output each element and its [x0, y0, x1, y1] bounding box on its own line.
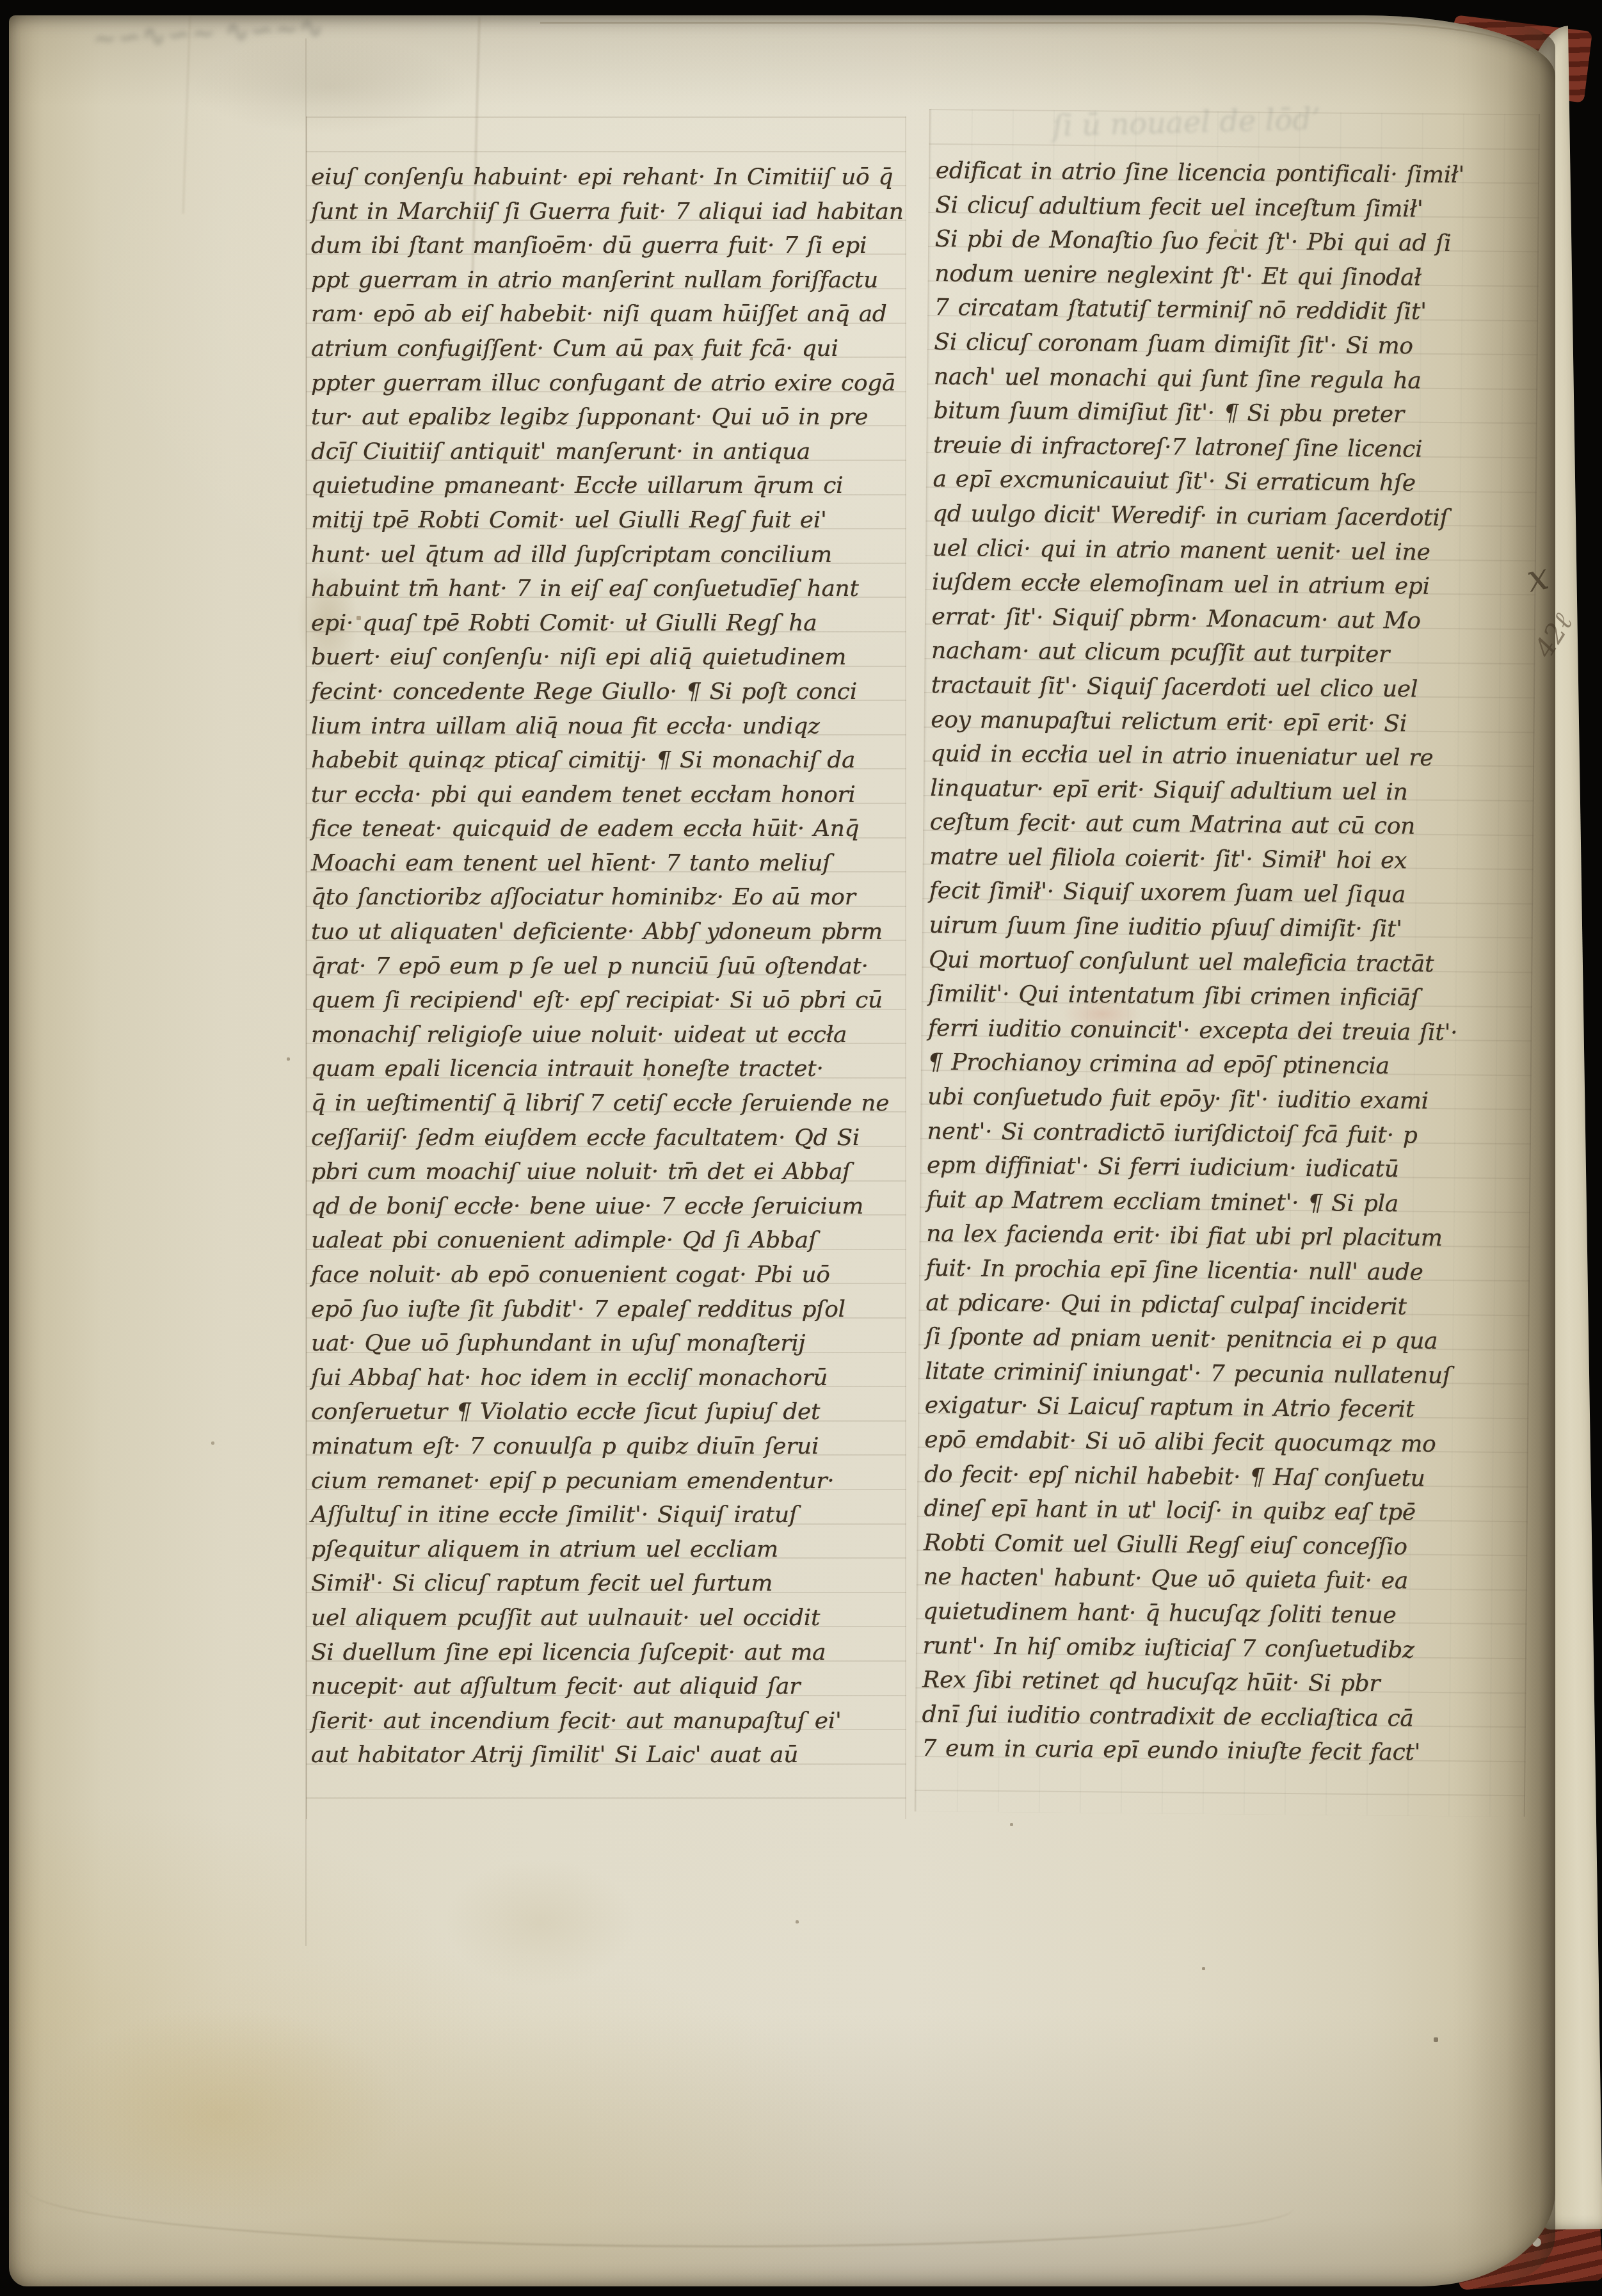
- manuscript-text-line: nach' uel monachi qui ſunt ſine regula h…: [934, 360, 1538, 399]
- manuscript-text-line: epm diffiniat'· Si ferri iudicium· iudic…: [927, 1148, 1531, 1188]
- manuscript-text-line: linquatur· epī erit· Siquiſ adultium uel…: [930, 771, 1534, 811]
- manuscript-text-line: quietudinem hant· q̄ hucuſqz ſoliti tenu…: [923, 1594, 1527, 1634]
- manuscript-text-line: litate criminiſ iniungat'· 7 pecunia nul…: [925, 1354, 1529, 1394]
- ink-speck-layer: [9, 15, 10, 16]
- manuscript-text-line: ualeat pbi conuenient adimple· Qd ſi Abb…: [311, 1223, 900, 1258]
- manuscript-text-line: runt'· In hiſ omibz iuſticiaſ 7 conſuetu…: [922, 1628, 1526, 1668]
- manuscript-text-line: ceſſariiſ· ſedm eiuſdem eccłe facultatem…: [311, 1121, 900, 1155]
- manuscript-page: ∼∽∿∽∼ ∿∽∼∿ ſi ū nouael de lōd’ eiuſ conſ…: [9, 15, 1555, 2286]
- manuscript-text-line: Aſſultuſ in itine eccłe ſimilit'· Siquiſ…: [311, 1498, 900, 1532]
- manuscript-text-line: Moachi eam tenent uel hīent· 7 tanto mel…: [311, 846, 900, 881]
- manuscript-text-line: habebit quinqz pticaſ cimitij· ¶ Si mona…: [311, 743, 900, 778]
- manuscript-text-line: quem ſi recipiend' eſt· epſ recipiat· Si…: [311, 983, 900, 1018]
- manuscript-text-line: pſequitur aliquem in atrium uel eccliam: [311, 1532, 900, 1567]
- manuscript-text-line: fuit· In prochia epī ſine licentia· null…: [926, 1251, 1530, 1291]
- manuscript-text-line: face noluit· ab epō conuenient cogat· Pb…: [311, 1258, 900, 1292]
- manuscript-text-line: eiuſ conſenſu habuint· epi rehant· In Ci…: [311, 160, 900, 195]
- manuscript-text-line: mitij tpē Robti Comit· uel Giulli Regſ f…: [311, 503, 900, 538]
- stain: [444, 1859, 636, 1987]
- manuscript-text-line: do fecit· epſ nichil habebit· ¶ Haſ conſ…: [924, 1457, 1528, 1497]
- manuscript-text-line: fecint· concedente Rege Giullo· ¶ Si poſ…: [311, 675, 900, 709]
- manuscript-text-line: exigatur· Si Laicuſ raptum in Atrio fece…: [925, 1388, 1529, 1428]
- manuscript-text-line: Simił'· Si clicuſ raptum fecit uel furtu…: [311, 1566, 900, 1601]
- manuscript-text-line: tur eccła· pbi qui eandem tenet eccłam h…: [311, 778, 900, 812]
- manuscript-text-line: uat· Que uō ſuphundant in uſuſ monaſteri…: [311, 1326, 900, 1361]
- manuscript-text-line: 7 eum in curia epī eundo iniuſte fecit f…: [922, 1731, 1526, 1771]
- manuscript-text-line: treuie di infractoreſ·7 latroneſ ſine li…: [933, 428, 1537, 468]
- manuscript-text-line: ppter guerram illuc confugant de atrio e…: [311, 366, 900, 401]
- stain: [38, 2007, 403, 2225]
- manuscript-text-line: fecit ſimił'· Siquiſ uxorem ſuam uel ſiq…: [929, 874, 1534, 913]
- manuscript-text-line: pbri cum moachiſ uiue noluit· tm̄ det ei…: [311, 1155, 900, 1189]
- manuscript-photo: { "manuscript": { "ink_color": "#3d3122"…: [0, 0, 1602, 2296]
- manuscript-text-line: ſimilit'· Qui intentatum ſibi crimen inf…: [928, 977, 1532, 1016]
- manuscript-text-line: edificat in atrio ſine licencia pontific…: [936, 154, 1540, 193]
- manuscript-text-line: monachiſ religioſe uiue noluit· uideat u…: [311, 1018, 900, 1052]
- manuscript-text-line: dcīſ Ciuitiiſ antiquit' manſerunt· in an…: [311, 435, 900, 469]
- manuscript-text-line: na lex facienda erit· ibi fiat ubi prl p…: [926, 1217, 1530, 1256]
- manuscript-text-line: iuſdem eccłe elemoſinam uel in atrium ep…: [932, 565, 1536, 605]
- manuscript-text-line: uirum ſuum ſine iuditio pſuuſ dimiſit· ſ…: [929, 908, 1533, 948]
- manuscript-text-line: nucepit· aut aſſultum fecit· aut aliquid…: [311, 1669, 900, 1704]
- manuscript-text-line: qd de boniſ eccłe· bene uiue· 7 eccłe ſe…: [311, 1189, 900, 1224]
- manuscript-text-line: ceſtum fecit· aut cum Matrina aut cū con: [930, 805, 1534, 845]
- manuscript-text-line: qd uulgo dicit' Weredif· in curiam ſacer…: [933, 497, 1537, 536]
- manuscript-text-line: q̄to ſanctioribz aſſociatur hominibz· Eo…: [311, 880, 900, 915]
- manuscript-text-line: eoy manupaſtui relictum erit· epī erit· …: [931, 702, 1535, 742]
- ruling-vertical-line: [305, 38, 307, 1946]
- manuscript-text-line: bitum ſuum dimiſiut ſit'· ¶ Si pbu prete…: [933, 394, 1537, 433]
- manuscript-text-line: ſunt in Marchiiſ ſi Guerra fuit· 7 aliqu…: [311, 195, 900, 229]
- manuscript-text-line: minatum eſt· 7 conuulſa p quibz diuīn ſe…: [311, 1429, 900, 1464]
- manuscript-text-line: atrium confugiſſent· Cum aū pax fuit fcā…: [311, 332, 900, 366]
- manuscript-text-line: buert· eiuſ conſenſu· niſi epi aliq̄ qui…: [311, 640, 900, 675]
- manuscript-text-line: Si clicuſ adultium fecit uel inceſtum ſi…: [935, 188, 1539, 228]
- manuscript-text-line: ¶ Prochianoy crimina ad epōſ ptinencia: [927, 1045, 1532, 1085]
- manuscript-text-line: ſierit· aut incendium fecit· aut manupaſ…: [311, 1704, 900, 1738]
- manuscript-text-line: nacham· aut clicum pcuſſit aut turpiter: [931, 634, 1535, 673]
- manuscript-text-line: Si duellum ſine epi licencia ſuſcepit· a…: [311, 1635, 900, 1670]
- manuscript-text-line: nent'· Si contradictō iuriſdictoiſ fcā f…: [927, 1114, 1531, 1154]
- manuscript-text-line: dnī ſui iuditio contradixit de eccliaſti…: [922, 1698, 1526, 1737]
- manuscript-text-line: uel clici· qui in atrio manent uenit· ue…: [932, 531, 1536, 571]
- manuscript-text-line: uel aliquem pcuſſit aut uulnauit· uel oc…: [311, 1601, 900, 1635]
- show-through-note: ſi ū nouael de lōd’: [1052, 102, 1321, 143]
- manuscript-text-line: q̄ in ueſtimentiſ q̄ libriſ 7 cetiſ eccł…: [311, 1086, 900, 1121]
- manuscript-text-line: quid in eccłia uel in atrio inueniatur u…: [931, 737, 1535, 776]
- manuscript-text-line: hunt· uel q̄tum ad illd ſupſcriptam conc…: [311, 538, 900, 572]
- manuscript-text-line: a epī excmunicauiut ſit'· Si erraticum h…: [933, 462, 1537, 502]
- manuscript-text-line: nodum uenire neglexint ſt'· Et qui ſinod…: [934, 257, 1539, 296]
- manuscript-text-line: Robti Comit uel Giulli Regſ eiuſ conceſſ…: [924, 1526, 1528, 1566]
- gutter-shadow: [1453, 15, 1555, 2286]
- manuscript-text-line: conſeruetur ¶ Violatio eccłe ſicut ſupiu…: [311, 1395, 900, 1429]
- manuscript-text-line: dum ibi ſtant manſioēm· dū guerra fuit· …: [311, 229, 900, 263]
- manuscript-text-line: Si pbi de Monaſtio ſuo fecit ſt'· Pbi qu…: [935, 222, 1539, 262]
- manuscript-text-line: tuo ut aliquaten' deficiente· Abbſ ydone…: [311, 915, 900, 949]
- manuscript-text-line: q̄rat· 7 epō eum p ſe uel p nunciū ſuū o…: [311, 949, 900, 984]
- manuscript-text-line: fuit ap Matrem eccliam tminet'· ¶ Si pla: [927, 1183, 1531, 1223]
- manuscript-text-line: quietudine pmaneant· Eccłe uillarum q̄ru…: [311, 469, 900, 503]
- manuscript-text-line: ne hacten' habunt· Que uō quieta fuit· e…: [923, 1560, 1527, 1600]
- manuscript-text-line: epi· quaſ tpē Robti Comit· uł Giulli Reg…: [311, 606, 900, 641]
- manuscript-text-line: aut habitator Atrij ſimilit' Si Laic' au…: [311, 1738, 900, 1772]
- manuscript-text-line: errat· ſit'· Siquiſ pbrm· Monacum· aut M…: [931, 600, 1535, 639]
- manuscript-text-line: Rex ſibi retinet qd hucuſqz hūit· Si pbr: [922, 1663, 1526, 1703]
- manuscript-text-line: quam epali licencia intrauit honeſte tra…: [311, 1052, 900, 1086]
- manuscript-text-line: ubi conſuetudo fuit epōy· ſit'· iuditio …: [927, 1080, 1532, 1120]
- manuscript-text-line: fice teneat· quicquid de eadem eccła hūi…: [311, 812, 900, 846]
- page-edge-line: [540, 22, 1539, 68]
- manuscript-text-line: epō ſuo iuſte ſit ſubdit'· 7 epaleſ redd…: [311, 1292, 900, 1327]
- manuscript-text-line: ram· epō ab eiſ habebit· niſi quam hūiſſ…: [311, 297, 900, 332]
- manuscript-text-line: ppt guerram in atrio manſerint nullam fo…: [311, 263, 900, 298]
- manuscript-text-line: matre uel filiola coierit· ſit'· Simił' …: [929, 840, 1534, 879]
- manuscript-text-line: ferri iuditio conuincit'· excepta dei tr…: [928, 1011, 1532, 1051]
- manuscript-text-line: tractauit ſit'· Siquiſ ſacerdoti uel cli…: [931, 668, 1535, 708]
- manuscript-text-line: Qui mortuoſ conſulunt uel maleficia trac…: [929, 943, 1533, 983]
- manuscript-text-line: cium remanet· epiſ p pecuniam emendentur…: [311, 1464, 900, 1498]
- manuscript-text-line: habuint tm̄ hant· 7 in eiſ eaſ conſuetud…: [311, 572, 900, 606]
- manuscript-text-line: Si clicuſ coronam ſuam dimiſit ſit'· Si …: [934, 325, 1538, 365]
- manuscript-text-line: 7 circatam ſtatutiſ terminiſ nō reddidit…: [934, 291, 1539, 330]
- manuscript-text-line: ſui Abbaſ hat· hoc idem in eccliſ monach…: [311, 1361, 900, 1395]
- manuscript-text-line: tur· aut epalibz legibz ſupponant· Qui u…: [311, 400, 900, 435]
- manuscript-text-line: at pdicare· Qui in pdictaſ culpaſ incide…: [925, 1286, 1530, 1326]
- manuscript-text-line: dineſ epī hant in ut' lociſ· in quibz ea…: [924, 1491, 1528, 1531]
- manuscript-text-line: epō emdabit· Si uō alibi fecit quocumqz …: [924, 1423, 1528, 1463]
- manuscript-text-line: lium intra uillam aliq̄ noua fit eccła· …: [311, 709, 900, 744]
- text-column-left: eiuſ conſenſu habuint· epi rehant· In Ci…: [311, 160, 900, 1772]
- manuscript-text-line: ſi ſponte ad pniam uenit· penitncia ei p…: [925, 1320, 1530, 1360]
- text-column-right: edificat in atrio ſine licencia pontific…: [922, 154, 1540, 1771]
